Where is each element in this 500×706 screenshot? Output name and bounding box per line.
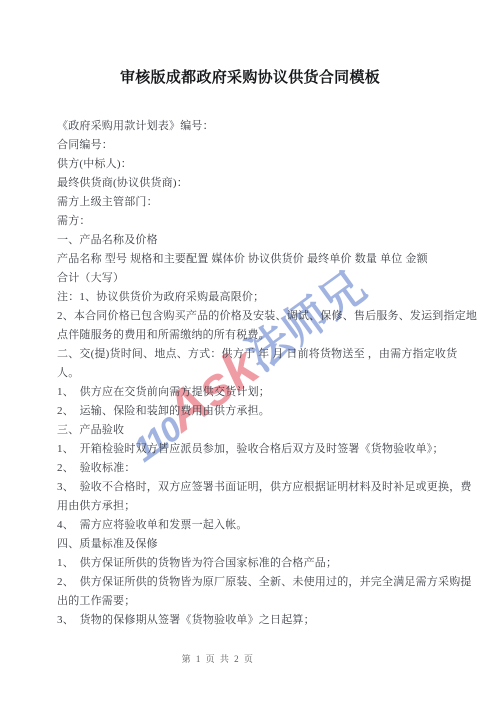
document-body: 《政府采购用款计划表》编号： 合同编号： 供方(中标人)： 最终供货商(协议供货…: [57, 117, 464, 630]
document-line: 需方：: [57, 212, 464, 231]
document-line: 2、 供方保证所供的货物皆为原厂原装、全新、未使用过的，并完全满足需方采购提: [57, 573, 464, 592]
document-title: 审核版成都政府采购协议供货合同模板: [0, 66, 500, 87]
document-section-heading: 二、交(提)货时间、地点、方式：供方于 年 月 日前将货物送至 ，由需方指定收货: [57, 345, 464, 364]
document-line: 最终供货商(协议供货商)：: [57, 174, 464, 193]
document-line: 2、 运输、保险和装卸的费用由供方承担。: [57, 402, 464, 421]
document-line: 合计（大写）: [57, 269, 464, 288]
document-line: 点伴随服务的费用和所需缴纳的所有税费。: [57, 326, 464, 345]
document-line: 用由供方承担；: [57, 497, 464, 516]
document-line: 合同编号：: [57, 136, 464, 155]
document-table-header-line: 产品名称 型号 规格和主要配置 媒体价 协议供货价 最终单价 数量 单位 金额: [57, 250, 464, 269]
document-line: 人。: [57, 364, 464, 383]
document-section-heading: 一、产品名称及价格: [57, 231, 464, 250]
document-line: 需方上级主管部门：: [57, 193, 464, 212]
page-number-footer: 第 1 页 共 2 页: [182, 652, 255, 665]
document-line: 3、 验收不合格时，双方应签署书面证明，供方应根据证明材料及时补足或更换，费: [57, 478, 464, 497]
contract-document-page: 110Ask法师兄 审核版成都政府采购协议供货合同模板 《政府采购用款计划表》编…: [0, 0, 500, 706]
document-line: 注：1、协议供货价为政府采购最高限价；: [57, 288, 464, 307]
document-line: 1、 供方应在交货前向需方提供交货计划；: [57, 383, 464, 402]
document-line: 出的工作需要；: [57, 592, 464, 611]
document-line: 1、 开箱检验时双方皆应派员参加，验收合格后双方及时签署《货物验收单》；: [57, 440, 464, 459]
document-line: 《政府采购用款计划表》编号：: [57, 117, 464, 136]
document-line: 2、本合同价格已包含购买产品的价格及安装、调试、保修、售后服务、发运到指定地: [57, 307, 464, 326]
document-line: 2、 验收标准：: [57, 459, 464, 478]
document-section-heading: 三、产品验收: [57, 421, 464, 440]
document-line: 供方(中标人)：: [57, 155, 464, 174]
document-line: 1、 供方保证所供的货物皆为符合国家标准的合格产品；: [57, 554, 464, 573]
document-line: 3、 货物的保修期从签署《货物验收单》之日起算；: [57, 611, 464, 630]
document-line: 4、 需方应将验收单和发票一起入帐。: [57, 516, 464, 535]
document-section-heading: 四、质量标准及保修: [57, 535, 464, 554]
